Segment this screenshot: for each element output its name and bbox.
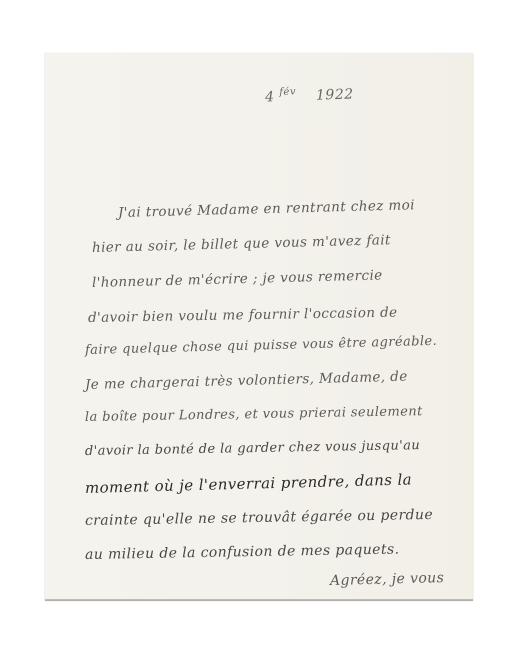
date-month: fév	[279, 86, 296, 98]
letter-date: 4 fév 1922	[265, 84, 354, 105]
photo-background: 4 fév 1922 J'ai trouvé Madame en rentran…	[0, 0, 530, 664]
letter-closing: Agréez, je vous	[330, 570, 445, 589]
date-year: 1922	[316, 86, 354, 103]
date-day: 4	[265, 89, 275, 105]
